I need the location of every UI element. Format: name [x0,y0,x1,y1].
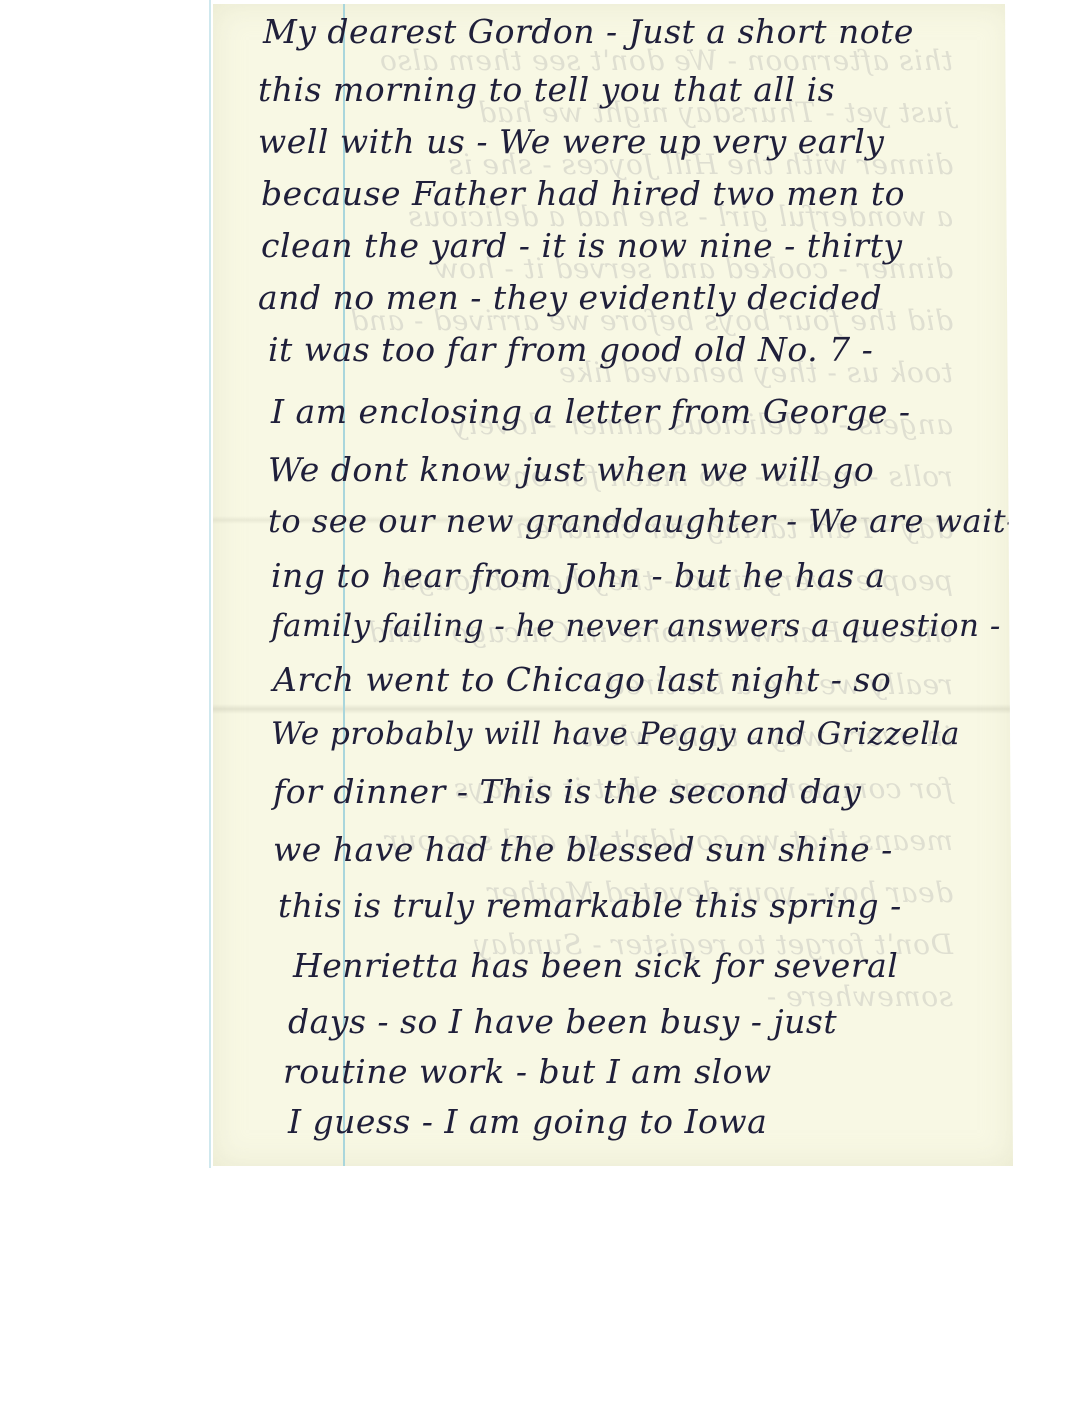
letter-line: it was too far from good old No. 7 - [268,330,873,369]
letter-line: this is truly remarkable this spring - [278,886,902,925]
letter-line: Arch went to Chicago last night - so [273,660,891,699]
letter-line: I am enclosing a letter from George - [271,392,911,431]
scanner-edge-line [209,0,211,1168]
letter-line: We dont know just when we will go [268,450,874,489]
letter-line: My dearest Gordon - Just a short note [263,12,914,51]
letter-line: days - so I have been busy - just [288,1002,837,1041]
letter-line: I guess - I am going to Iowa [288,1102,767,1141]
letter-line: this morning to tell you that all is [258,70,835,109]
letter-line: We probably will have Peggy and Grizzell… [271,716,960,752]
letter-line: and no men - they evidently decided [258,278,882,317]
letter-line: we have had the blessed sun shine - [273,830,893,869]
letter-body: My dearest Gordon - Just a short notethi… [213,4,1013,1166]
letter-line: because Father had hired two men to [261,174,905,213]
letter-line: ing to hear from John - but he has a [271,556,886,595]
letter-line: to see our new granddaughter - We are wa… [268,502,1017,540]
letter-line: clean the yard - it is now nine - thirty [261,226,902,265]
letter-page: this afternoon - We don't see them alsoj… [213,4,1013,1166]
letter-line: well with us - We were up very early [258,122,884,161]
letter-line: family failing - he never answers a ques… [271,608,1001,644]
letter-line: Henrietta has been sick for several [293,946,898,985]
letter-line: for dinner - This is the second day [273,772,861,811]
letter-line: routine work - but I am slow [283,1052,772,1091]
